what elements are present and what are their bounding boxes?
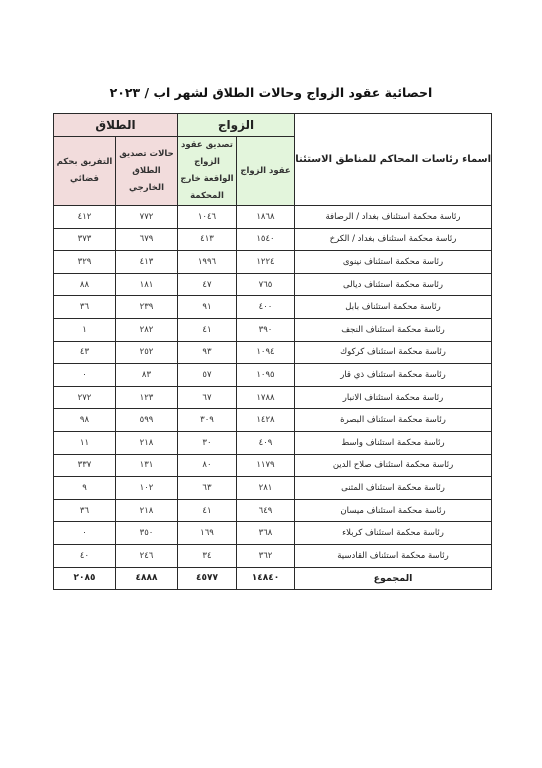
marriage-contracts-cell: ٤٠٩	[237, 431, 295, 454]
total-external-divorce-authentication: ٤٨٨٨	[116, 567, 178, 590]
table-row: رئاسة محكمة استئناف بابل٤٠٠٩١٢٣٩٣٦	[54, 296, 492, 319]
header-group-row: اسماء رئاسات المحاكم للمناطق الاستئنافية…	[54, 114, 492, 137]
court-name-cell: رئاسة محكمة استئناف كربلاء	[295, 522, 492, 545]
court-name-cell: رئاسة محكمة استئناف البصرة	[295, 409, 492, 432]
court-name-cell: رئاسة محكمة استئناف ميسان	[295, 499, 492, 522]
table-row: رئاسة محكمة استئناف واسط٤٠٩٣٠٢١٨١١	[54, 431, 492, 454]
judicial-separation-cell: ٩	[54, 477, 116, 500]
marriage-authentication-cell: ١٩٩٦	[178, 251, 237, 274]
external-divorce-authentication-cell: ٤١٣	[116, 251, 178, 274]
judicial-separation-cell: ٩٨	[54, 409, 116, 432]
judicial-separation-cell: ٣٣٧	[54, 454, 116, 477]
header-divorce-group: الطلاق	[54, 114, 178, 137]
marriage-contracts-cell: ٤٠٠	[237, 296, 295, 319]
marriage-contracts-cell: ١٠٩٥	[237, 364, 295, 387]
marriage-authentication-cell: ١٠٤٦	[178, 206, 237, 229]
marriage-contracts-cell: ٦٤٩	[237, 499, 295, 522]
judicial-separation-cell: ٣٦	[54, 499, 116, 522]
external-divorce-authentication-cell: ٢١٨	[116, 499, 178, 522]
judicial-separation-cell: ٣٦	[54, 296, 116, 319]
header-marriage-group: الزواج	[178, 114, 295, 137]
marriage-contracts-cell: ٣٩٠	[237, 318, 295, 341]
marriage-contracts-cell: ١٠٩٤	[237, 341, 295, 364]
external-divorce-authentication-cell: ١٣١	[116, 454, 178, 477]
court-name-cell: رئاسة محكمة استئناف نينوى	[295, 251, 492, 274]
external-divorce-authentication-cell: ٢٣٩	[116, 296, 178, 319]
marriage-authentication-cell: ٦٣	[178, 477, 237, 500]
judicial-separation-cell: ٨٨	[54, 273, 116, 296]
court-name-cell: رئاسة محكمة استئناف بابل	[295, 296, 492, 319]
table-row: رئاسة محكمة استئناف الانبار١٧٨٨٦٧١٢٣٢٧٢	[54, 386, 492, 409]
external-divorce-authentication-cell: ١٢٣	[116, 386, 178, 409]
marriage-authentication-cell: ٣٠	[178, 431, 237, 454]
marriage-authentication-cell: ٤١٣	[178, 228, 237, 251]
marriage-contracts-cell: ٣٦٨	[237, 522, 295, 545]
marriage-authentication-cell: ٥٧	[178, 364, 237, 387]
marriage-contracts-cell: ١٧٨٨	[237, 386, 295, 409]
table-row: رئاسة محكمة استئناف نينوى١٢٢٤١٩٩٦٤١٣٣٢٩	[54, 251, 492, 274]
external-divorce-authentication-cell: ١٠٢	[116, 477, 178, 500]
court-name-cell: رئاسة محكمة استئناف بغداد / الكرخ	[295, 228, 492, 251]
external-divorce-authentication-cell: ٥٩٩	[116, 409, 178, 432]
external-divorce-authentication-cell: ٢٤٦	[116, 544, 178, 567]
table-row: رئاسة محكمة استئناف البصرة١٤٢٨٣٠٩٥٩٩٩٨	[54, 409, 492, 432]
marriage-contracts-cell: ٧٦٥	[237, 273, 295, 296]
judicial-separation-cell: ٤١٢	[54, 206, 116, 229]
court-name-cell: رئاسة محكمة استئناف القادسية	[295, 544, 492, 567]
court-name-cell: رئاسة محكمة استئناف النجف	[295, 318, 492, 341]
marriage-authentication-cell: ٤١	[178, 499, 237, 522]
judicial-separation-cell: ٠	[54, 522, 116, 545]
marriage-contracts-cell: ١٥٤٠	[237, 228, 295, 251]
judicial-separation-cell: ٢٧٢	[54, 386, 116, 409]
marriage-authentication-cell: ١٦٩	[178, 522, 237, 545]
external-divorce-authentication-cell: ٣٥٠	[116, 522, 178, 545]
header-marriage-contracts: عقود الزواج	[237, 137, 295, 206]
judicial-separation-cell: ٤٣	[54, 341, 116, 364]
external-divorce-authentication-cell: ٢١٨	[116, 431, 178, 454]
table-row: رئاسة محكمة استئناف كركوك١٠٩٤٩٣٢٥٢٤٣	[54, 341, 492, 364]
marriage-authentication-cell: ٤١	[178, 318, 237, 341]
marriage-authentication-cell: ٩١	[178, 296, 237, 319]
judicial-separation-cell: ١١	[54, 431, 116, 454]
judicial-separation-cell: ١	[54, 318, 116, 341]
marriage-authentication-cell: ٣٠٩	[178, 409, 237, 432]
judicial-separation-cell: ٣٧٣	[54, 228, 116, 251]
marriage-divorce-statistics-table: اسماء رئاسات المحاكم للمناطق الاستئنافية…	[53, 113, 492, 590]
table-row: رئاسة محكمة استئناف بغداد / الرصافة١٨٦٨١…	[54, 206, 492, 229]
total-judicial-separation: ٢٠٨٥	[54, 567, 116, 590]
table-row: رئاسة محكمة استئناف صلاح الدين١١٧٩٨٠١٣١٣…	[54, 454, 492, 477]
header-judicial-separation: التفريق بحكم قضائي	[54, 137, 116, 206]
external-divorce-authentication-cell: ٧٧٢	[116, 206, 178, 229]
total-row: المجموع١٤٨٤٠٤٥٧٧٤٨٨٨٢٠٨٥	[54, 567, 492, 590]
court-name-cell: رئاسة محكمة استئناف بغداد / الرصافة	[295, 206, 492, 229]
court-name-cell: رئاسة محكمة استئناف كركوك	[295, 341, 492, 364]
external-divorce-authentication-cell: ٨٣	[116, 364, 178, 387]
header-court-name: اسماء رئاسات المحاكم للمناطق الاستئنافية	[295, 114, 492, 206]
court-name-cell: رئاسة محكمة استئناف ذي قار	[295, 364, 492, 387]
table-row: رئاسة محكمة استئناف النجف٣٩٠٤١٢٨٢١	[54, 318, 492, 341]
court-name-cell: رئاسة محكمة استئناف ديالى	[295, 273, 492, 296]
marriage-contracts-cell: ١٨٦٨	[237, 206, 295, 229]
table-row: رئاسة محكمة استئناف ديالى٧٦٥٤٧١٨١٨٨	[54, 273, 492, 296]
external-divorce-authentication-cell: ١٨١	[116, 273, 178, 296]
external-divorce-authentication-cell: ٢٨٢	[116, 318, 178, 341]
court-name-cell: رئاسة محكمة استئناف واسط	[295, 431, 492, 454]
total-label: المجموع	[295, 567, 492, 590]
table-row: رئاسة محكمة استئناف كربلاء٣٦٨١٦٩٣٥٠٠	[54, 522, 492, 545]
total-marriage-contracts: ١٤٨٤٠	[237, 567, 295, 590]
table-row: رئاسة محكمة استئناف ذي قار١٠٩٥٥٧٨٣٠	[54, 364, 492, 387]
table-row: رئاسة محكمة استئناف المثنى٢٨١٦٣١٠٢٩	[54, 477, 492, 500]
header-marriage-authentication: تصديق عقود الزواج الواقعة خارج المحكمة	[178, 137, 237, 206]
total-marriage-authentication: ٤٥٧٧	[178, 567, 237, 590]
header-external-divorce-authentication: حالات تصديق الطلاق الخارجي	[116, 137, 178, 206]
court-name-cell: رئاسة محكمة استئناف الانبار	[295, 386, 492, 409]
page-title: احصائية عقود الزواج وحالات الطلاق لشهر ا…	[0, 85, 542, 100]
marriage-contracts-cell: ٣٦٢	[237, 544, 295, 567]
external-divorce-authentication-cell: ٢٥٢	[116, 341, 178, 364]
court-name-cell: رئاسة محكمة استئناف المثنى	[295, 477, 492, 500]
external-divorce-authentication-cell: ٦٧٩	[116, 228, 178, 251]
judicial-separation-cell: ٣٢٩	[54, 251, 116, 274]
marriage-authentication-cell: ٣٤	[178, 544, 237, 567]
judicial-separation-cell: ٤٠	[54, 544, 116, 567]
court-name-cell: رئاسة محكمة استئناف صلاح الدين	[295, 454, 492, 477]
marriage-contracts-cell: ٢٨١	[237, 477, 295, 500]
marriage-contracts-cell: ١١٧٩	[237, 454, 295, 477]
marriage-contracts-cell: ١٢٢٤	[237, 251, 295, 274]
marriage-authentication-cell: ٤٧	[178, 273, 237, 296]
table-row: رئاسة محكمة استئناف ميسان٦٤٩٤١٢١٨٣٦	[54, 499, 492, 522]
table-row: رئاسة محكمة استئناف القادسية٣٦٢٣٤٢٤٦٤٠	[54, 544, 492, 567]
marriage-authentication-cell: ٦٧	[178, 386, 237, 409]
judicial-separation-cell: ٠	[54, 364, 116, 387]
marriage-contracts-cell: ١٤٢٨	[237, 409, 295, 432]
marriage-authentication-cell: ٨٠	[178, 454, 237, 477]
table-row: رئاسة محكمة استئناف بغداد / الكرخ١٥٤٠٤١٣…	[54, 228, 492, 251]
marriage-authentication-cell: ٩٣	[178, 341, 237, 364]
